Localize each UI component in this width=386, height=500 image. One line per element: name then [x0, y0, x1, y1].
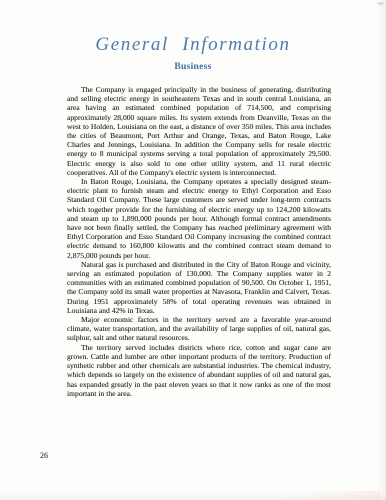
page-number: 26 — [40, 451, 48, 460]
body-text: The Company is engaged principally in th… — [67, 85, 331, 398]
scan-mark-top-right — [377, 2, 384, 5]
paragraph-baton-rouge-plant: In Baton Rouge, Louisiana, the Company o… — [67, 177, 331, 260]
scan-tinge-bottom-right — [285, 491, 380, 500]
paragraph-territory-industries: The territory served includes districts … — [67, 343, 331, 398]
page-edge-shadow-right — [378, 0, 386, 500]
page-edge-shadow-bottom — [0, 493, 386, 500]
page-title: General Information — [0, 34, 386, 56]
paragraph-economic-factors: Major economic factors in the territory … — [67, 315, 331, 343]
section-heading-business: Business — [0, 61, 386, 73]
document-page: General Information Business The Company… — [0, 0, 386, 500]
paragraph-gas-water-revenues: Natural gas is purchased and distributed… — [67, 260, 331, 315]
paragraph-business-overview: The Company is engaged principally in th… — [67, 85, 331, 177]
